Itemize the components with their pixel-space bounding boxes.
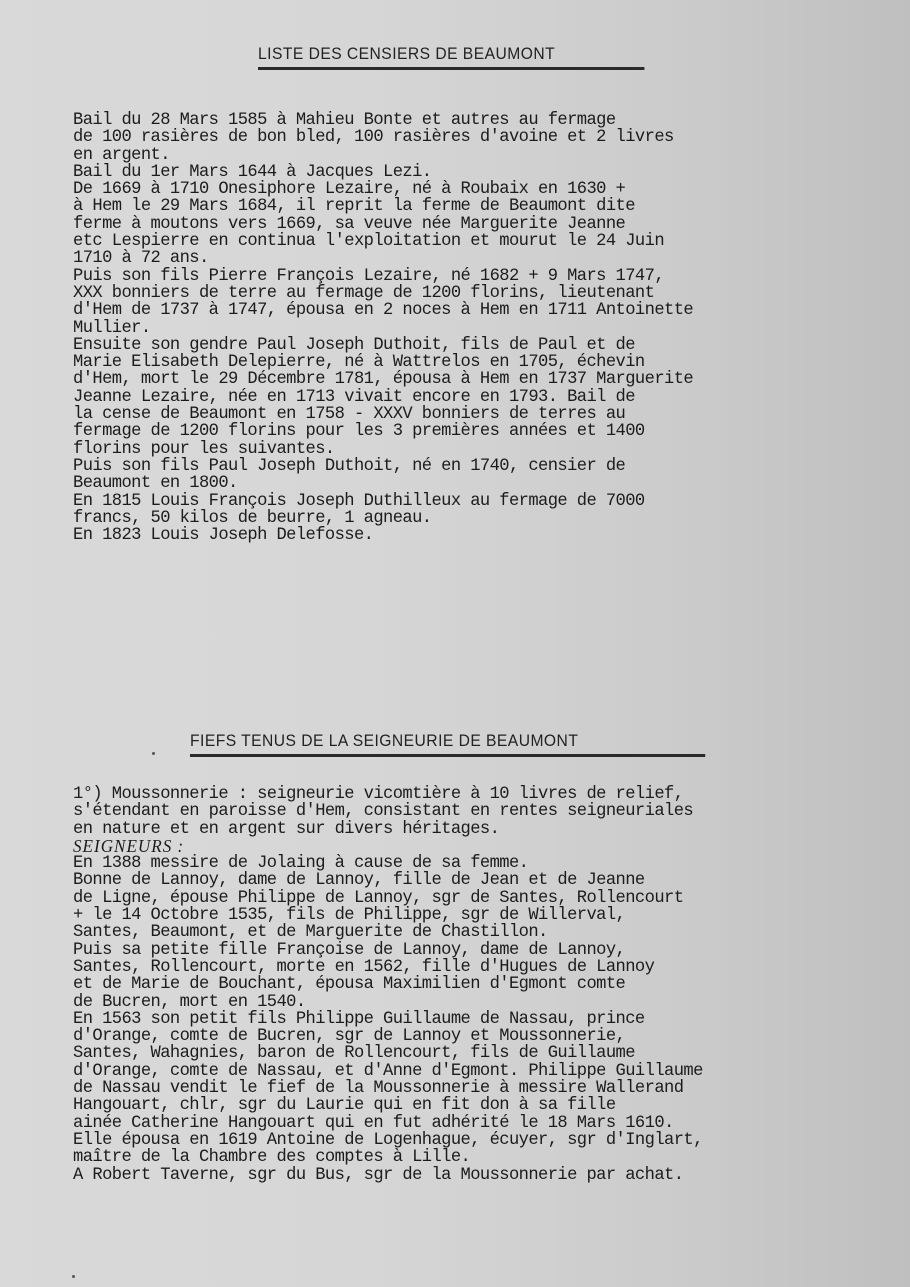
text-line: En 1815 Louis François Joseph Duthilleux… xyxy=(73,493,831,510)
text-line: Bonne de Lannoy, dame de Lannoy, fille d… xyxy=(73,872,831,889)
text-line: de Bucren, mort en 1540. xyxy=(73,994,831,1011)
text-line: Santes, Rollencourt, morte en 1562, fill… xyxy=(73,959,831,976)
fiefs-list: 1°) Moussonnerie : seigneurie vicomtière… xyxy=(73,786,831,1184)
section-title-text: FIEFS TENUS DE LA SEIGNEURIE DE BEAUMONT xyxy=(190,731,578,750)
text-line: d'Orange, comte de Bucren, sgr de Lannoy… xyxy=(73,1028,831,1045)
text-line: Santes, Beaumont, et de Marguerite de Ch… xyxy=(73,924,831,941)
text-line: Puis son fils Pierre François Lezaire, n… xyxy=(73,268,831,285)
text-line: Puis son fils Paul Joseph Duthoit, né en… xyxy=(73,458,831,475)
text-line: SEIGNEURS : xyxy=(73,838,831,855)
text-line: Bail du 28 Mars 1585 à Mahieu Bonte et a… xyxy=(73,112,831,129)
text-line: Beaumont en 1800. xyxy=(73,475,831,492)
text-line: Elle épousa en 1619 Antoine de Logenhagu… xyxy=(73,1132,831,1149)
text-line: d'Orange, comte de Nassau, et d'Anne d'E… xyxy=(73,1063,831,1080)
text-line: Hangouart, chlr, sgr du Laurie qui en fi… xyxy=(73,1097,831,1114)
text-line: Santes, Wahagnies, baron de Rollencourt,… xyxy=(73,1045,831,1062)
text-line: de Ligne, épouse Philippe de Lannoy, sgr… xyxy=(73,890,831,907)
censiers-list: Bail du 28 Mars 1585 à Mahieu Bonte et a… xyxy=(73,112,831,544)
text-line: Jeanne Lezaire, née en 1713 vivait encor… xyxy=(73,389,831,406)
document-page: LISTE DES CENSIERS DE BEAUMONT Bail du 2… xyxy=(0,0,910,1287)
text-line: francs, 50 kilos de beurre, 1 agneau. xyxy=(73,510,831,527)
text-line: en nature et en argent sur divers hérita… xyxy=(73,821,831,838)
text-line: s'étendant en paroisse d'Hem, consistant… xyxy=(73,803,831,820)
text-line: Puis sa petite fille Françoise de Lannoy… xyxy=(73,942,831,959)
text-line: d'Hem, mort le 29 Décembre 1781, épousa … xyxy=(73,371,831,388)
text-line: d'Hem de 1737 à 1747, épousa en 2 noces … xyxy=(73,302,831,319)
section-title-text: LISTE DES CENSIERS DE BEAUMONT xyxy=(258,44,555,63)
text-line: XXX bonniers de terre au fermage de 1200… xyxy=(73,285,831,302)
text-line: En 1563 son petit fils Philippe Guillaum… xyxy=(73,1011,831,1028)
section-title-censiers: LISTE DES CENSIERS DE BEAUMONT xyxy=(258,44,644,70)
text-line: fermage de 1200 florins pour les 3 premi… xyxy=(73,423,831,440)
text-line: Bail du 1er Mars 1644 à Jacques Lezi. xyxy=(73,164,831,181)
text-line: à Hem le 29 Mars 1684, il reprit la ferm… xyxy=(73,198,831,215)
text-line: de 100 rasières de bon bled, 100 rasière… xyxy=(73,129,831,146)
text-line: ferme à moutons vers 1669, sa veuve née … xyxy=(73,216,831,233)
text-line: En 1388 messire de Jolaing à cause de sa… xyxy=(73,855,831,872)
text-line: 1°) Moussonnerie : seigneurie vicomtière… xyxy=(73,786,831,803)
paper-speck xyxy=(72,1275,75,1278)
section-title-fiefs: FIEFS TENUS DE LA SEIGNEURIE DE BEAUMONT xyxy=(190,731,705,757)
text-line: 1710 à 72 ans. xyxy=(73,250,831,267)
text-line: A Robert Taverne, sgr du Bus, sgr de la … xyxy=(73,1167,831,1184)
paper-speck xyxy=(152,752,155,755)
text-line: ainée Catherine Hangouart qui en fut adh… xyxy=(73,1115,831,1132)
title-underline xyxy=(258,67,644,70)
text-line: florins pour les suivantes. xyxy=(73,441,831,458)
text-line: maître de la Chambre des comptes à Lille… xyxy=(73,1149,831,1166)
text-line: etc Lespierre en continua l'exploitation… xyxy=(73,233,831,250)
text-line: la cense de Beaumont en 1758 - XXXV bonn… xyxy=(73,406,831,423)
text-line: En 1823 Louis Joseph Delefosse. xyxy=(73,527,831,544)
text-line: De 1669 à 1710 Onesiphore Lezaire, né à … xyxy=(73,181,831,198)
text-line: et de Marie de Bouchant, épousa Maximili… xyxy=(73,976,831,993)
text-line: de Nassau vendit le fief de la Moussonne… xyxy=(73,1080,831,1097)
text-line: en argent. xyxy=(73,147,831,164)
text-line: + le 14 Octobre 1535, fils de Philippe, … xyxy=(73,907,831,924)
text-line: Ensuite son gendre Paul Joseph Duthoit, … xyxy=(73,337,831,354)
text-line: Marie Elisabeth Delepierre, né à Wattrel… xyxy=(73,354,831,371)
title-underline xyxy=(190,754,705,757)
text-line: Mullier. xyxy=(73,320,831,337)
